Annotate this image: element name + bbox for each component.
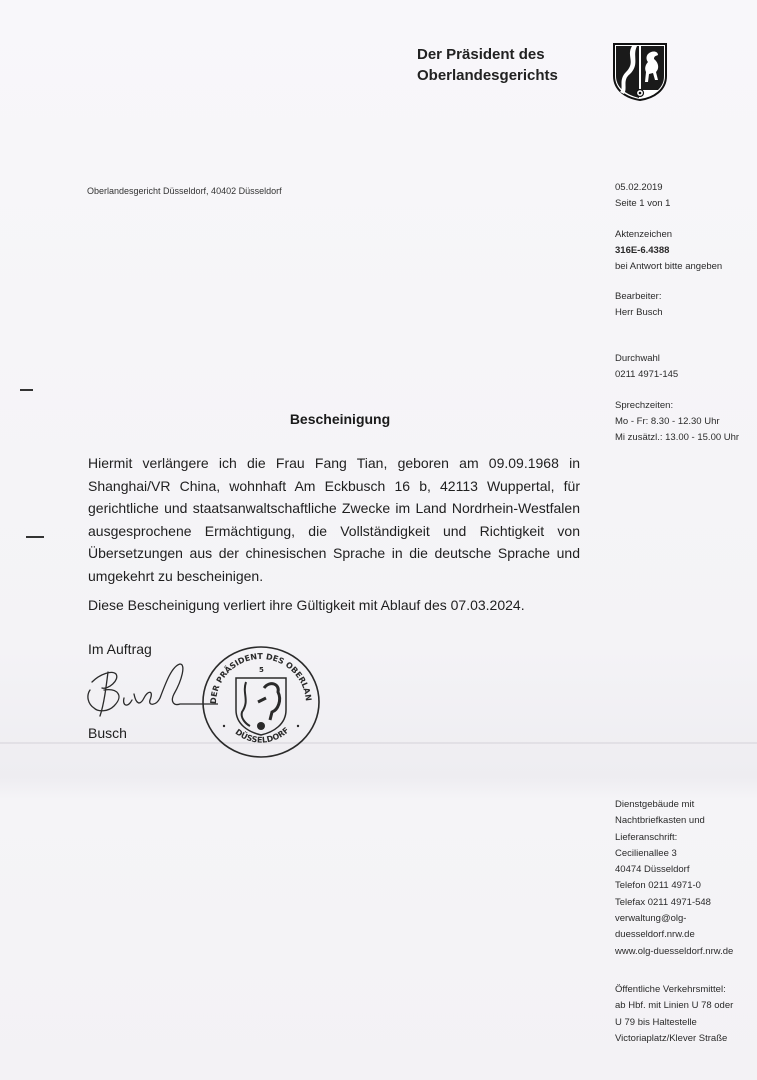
building-line: Nachtbriefkasten und [615, 813, 733, 829]
public-transport-block: Öffentliche Verkehrsmittel: ab Hbf. mit … [615, 982, 733, 1047]
paper-fold-line [0, 742, 757, 744]
transport-line: Öffentliche Verkehrsmittel: [615, 982, 733, 998]
street-address: Cecilienallee 3 [615, 846, 733, 862]
fax-number: Telefax 0211 4971-548 [615, 895, 733, 911]
document-heading: Bescheinigung [0, 411, 680, 427]
fold-mark-middle [26, 536, 44, 538]
letterhead-title-line2: Oberlandesgerichts [417, 65, 558, 86]
fold-mark-top [20, 389, 33, 391]
clerk-label: Bearbeiter: [615, 289, 663, 305]
letterhead-title: Der Präsident des Oberlandesgerichts [417, 44, 558, 86]
building-line: Lieferanschrift: [615, 830, 733, 846]
file-ref-value: 316E-6.4388 [615, 243, 722, 259]
website: www.olg-duesseldorf.nrw.de [615, 944, 733, 960]
official-seal-stamp-icon: DER PRÄSIDENT DES OBERLANDESGERICHTS DÜS… [198, 640, 324, 760]
file-ref-note: bei Antwort bitte angeben [615, 259, 722, 275]
email-line2: duesseldorf.nrw.de [615, 927, 733, 943]
transport-line: U 79 bis Haltestelle [615, 1015, 733, 1031]
building-address-block: Dienstgebäude mit Nachtbriefkasten und L… [615, 797, 733, 960]
file-ref-label: Aktenzeichen [615, 227, 722, 243]
certificate-body: Hiermit verlängere ich die Frau Fang Tia… [88, 452, 580, 587]
postal-city: 40474 Düsseldorf [615, 862, 733, 878]
phone-number: Telefon 0211 4971-0 [615, 878, 733, 894]
nrw-coat-of-arms-icon [612, 42, 668, 102]
page-count: Seite 1 von 1 [615, 196, 670, 212]
sender-address-line: Oberlandesgericht Düsseldorf, 40402 Düss… [87, 186, 282, 196]
svg-text:5: 5 [259, 666, 264, 674]
transport-line: ab Hbf. mit Linien U 78 oder [615, 998, 733, 1014]
handwritten-signature-icon [78, 660, 218, 728]
closing-phrase: Im Auftrag [88, 641, 152, 657]
building-line: Dienstgebäude mit [615, 797, 733, 813]
clerk-value: Herr Busch [615, 305, 663, 321]
direct-dial-label: Durchwahl [615, 351, 678, 367]
letterhead-title-line1: Der Präsident des [417, 44, 558, 65]
direct-dial-value: 0211 4971-145 [615, 367, 678, 383]
direct-dial-block: Durchwahl 0211 4971-145 [615, 351, 678, 383]
hours-line2: Mi zusätzl.: 13.00 - 15.00 Uhr [615, 430, 739, 446]
clerk-block: Bearbeiter: Herr Busch [615, 289, 663, 321]
transport-line: Victoriaplatz/Klever Straße [615, 1031, 733, 1047]
signer-name: Busch [88, 725, 127, 741]
validity-statement: Diese Bescheinigung verliert ihre Gültig… [88, 597, 525, 613]
file-reference-block: Aktenzeichen 316E-6.4388 bei Antwort bit… [615, 227, 722, 275]
email-line1: verwaltung@olg- [615, 911, 733, 927]
letter-date: 05.02.2019 [615, 180, 670, 196]
svg-text:DER PRÄSIDENT DES OBERLANDESGE: DER PRÄSIDENT DES OBERLANDESGERICHTS [198, 640, 313, 704]
date-block: 05.02.2019 Seite 1 von 1 [615, 180, 670, 212]
